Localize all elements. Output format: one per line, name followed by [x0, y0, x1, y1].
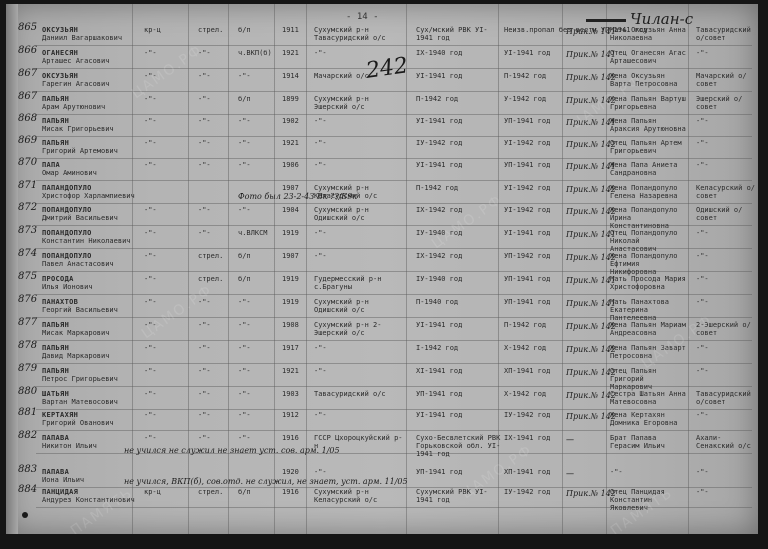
- surname: ПОПАНДОПУЛО: [42, 206, 118, 214]
- order-ref-cell: Прик.№ 142: [566, 74, 616, 82]
- drafted-cell: П-1942 год: [416, 95, 502, 103]
- drafted-cell: П-1942 год: [416, 184, 502, 192]
- person-name: ПАПЬЯНМисак Маркарович: [42, 321, 109, 337]
- surname: ШАТЬЯН: [42, 390, 118, 398]
- next-of-kin-cell: Жена Попандопуло Гелена Назаревна: [610, 184, 690, 200]
- birthplace-cell: Сухумский р-н Эшерский о/с: [314, 95, 406, 111]
- drafted-cell: П-1940 год: [416, 298, 502, 306]
- surname: ПАНАХТОВ: [42, 298, 118, 306]
- rank-cell: -"-: [144, 344, 157, 352]
- rank-cell: кр-ц: [144, 488, 161, 496]
- surname: ОКСУЗЬЯН: [42, 72, 109, 80]
- specialty-cell: стрел.: [198, 26, 223, 34]
- person-name: ПАПЬЯНАрам Арутюнович: [42, 95, 105, 111]
- rank-cell: -"-: [144, 139, 157, 147]
- rank-cell: -"-: [144, 411, 157, 419]
- party-cell: -"-: [238, 321, 251, 329]
- rank-cell: -"-: [144, 229, 157, 237]
- given-names: Арташес Агасович: [42, 57, 109, 65]
- birthplace-cell: Сухумский р-н Одишский о/с: [314, 206, 406, 222]
- table-row: 868ПАПЬЯНМисак Григорьевич-"--"--"-1902-…: [6, 115, 758, 137]
- next-of-kin-cell: Мать Оксузьян Анна Николаевна: [610, 26, 690, 42]
- handwritten-note-row-882: не учился не служил не знает уст. сов. а…: [124, 446, 340, 455]
- birth-year-cell: 1907: [282, 184, 299, 192]
- given-names: Павел Анастасович: [42, 260, 114, 268]
- missing-date-cell: П-1942 год: [504, 72, 546, 80]
- surname: ПОПАНДОПУЛО: [42, 229, 131, 237]
- birth-year-cell: 1903: [282, 390, 299, 398]
- birth-year-cell: 1921: [282, 139, 299, 147]
- rank-cell: -"-: [144, 367, 157, 375]
- table-row: 876ПАНАХТОВГеоргий Васильевич-"--"--"-19…: [6, 296, 758, 318]
- missing-date-cell: УI-1941 год: [504, 49, 550, 57]
- village-council-cell: Одишский о/совет: [696, 206, 756, 222]
- person-name: ПАПАНДОПУЛОХристофор Харлампиевич: [42, 184, 135, 200]
- party-cell: -"-: [238, 206, 251, 214]
- table-row: 869ПАПЬЯНГригорий Артемович-"--"--"-1921…: [6, 137, 758, 159]
- surname: ПАПАНДОПУЛО: [42, 184, 135, 192]
- party-cell: -"-: [238, 434, 251, 442]
- table-row: 871ПАПАНДОПУЛОХристофор Харлампиевич1907…: [6, 182, 758, 204]
- order-ref-cell: Прик.№ 142: [566, 208, 616, 216]
- order-ref-cell: Прик.№ 142: [566, 141, 616, 149]
- given-names: Дмитрий Васильевич: [42, 214, 118, 222]
- party-cell: -"-: [238, 367, 251, 375]
- table-row: 865ОКСУЗЬЯНДаниил Вагаршаковичкр-цстрел.…: [6, 24, 758, 46]
- handwritten-note-row-871: Фото был 23-2-43 Вк ??/Б9к: [238, 192, 357, 201]
- village-council-cell: Тавасуридский о/совет: [696, 26, 756, 42]
- surname: ОКСУЗЬЯН: [42, 26, 122, 34]
- surname: ПАПЬЯН: [42, 344, 109, 352]
- person-name: ОГАНЕСЯНАрташес Агасович: [42, 49, 109, 65]
- birthplace-cell: Сухумский р-н Тавасуридский о/с: [314, 26, 406, 42]
- specialty-cell: -"-: [198, 434, 211, 442]
- strikethrough-mark: [586, 19, 626, 22]
- drafted-cell: УI-1941 год: [416, 321, 502, 329]
- birth-year-cell: 1919: [282, 298, 299, 306]
- birthplace-cell: -"-: [314, 344, 406, 352]
- rank-cell: -"-: [144, 161, 157, 169]
- birth-year-cell: 1912: [282, 411, 299, 419]
- village-council-cell: Тавасуридский о/совет: [696, 390, 756, 406]
- order-ref-cell: Прик.№ 141: [566, 28, 616, 36]
- birthplace-cell: -"-: [314, 468, 406, 476]
- party-cell: -"-: [238, 390, 251, 398]
- party-cell: -"-: [238, 298, 251, 306]
- surname: ПАПЬЯН: [42, 117, 114, 125]
- birthplace-cell: -"-: [314, 229, 406, 237]
- birthplace-cell: -"-: [314, 117, 406, 125]
- birth-year-cell: 1920: [282, 468, 299, 476]
- record-number: 874: [18, 250, 37, 258]
- birth-year-cell: 1904: [282, 206, 299, 214]
- person-name: ПОПАНДОПУЛОДмитрий Васильевич: [42, 206, 118, 222]
- record-number: 871: [18, 182, 37, 190]
- rank-cell: -"-: [144, 434, 157, 442]
- village-council-cell: -"-: [696, 488, 756, 496]
- birthplace-cell: -"-: [314, 49, 406, 57]
- birth-year-cell: 1908: [282, 321, 299, 329]
- rank-cell: -"-: [144, 117, 157, 125]
- drafted-cell: XI-1941 год: [416, 367, 502, 375]
- given-names: Григорий Ованович: [42, 419, 114, 427]
- surname: ОГАНЕСЯН: [42, 49, 109, 57]
- party-cell: б/п: [238, 252, 251, 260]
- specialty-cell: -"-: [198, 321, 211, 329]
- birth-year-cell: 1921: [282, 367, 299, 375]
- drafted-cell: IУ-1942 год: [416, 139, 502, 147]
- missing-date-cell: УI-1942 год: [504, 206, 550, 214]
- specialty-cell: стрел.: [198, 275, 223, 283]
- page-number: - 14 -: [346, 12, 379, 22]
- missing-date-cell: П-1942 год: [504, 321, 546, 329]
- person-name: ПОПАНДОПУЛОКонстантин Николаевич: [42, 229, 131, 245]
- table-row: 870ПАПАОмар Аминович-"--"--"-1906-"-УI-1…: [6, 159, 758, 181]
- missing-date-cell: IX-1941 год: [504, 434, 550, 442]
- table-row: 867ПАПЬЯНАрам Арутюнович-"--"-б/п1899Сух…: [6, 93, 758, 115]
- given-names: Илья Ионович: [42, 283, 93, 291]
- record-number: 876: [18, 296, 37, 304]
- next-of-kin-cell: Отец Оганесян Агас Арташесович: [610, 49, 690, 65]
- surname: ПАПЬЯН: [42, 321, 109, 329]
- party-cell: б/п: [238, 26, 251, 34]
- given-names: Никитон Ильич: [42, 442, 97, 450]
- birth-year-cell: 1914: [282, 72, 299, 80]
- table-row: 881КЕРТАХЯНГригорий Ованович-"--"--"-191…: [6, 409, 758, 431]
- birthplace-cell: -"-: [314, 252, 406, 260]
- order-ref-cell: Прик.№ 142: [566, 490, 616, 498]
- drafted-cell: УI-1941 год: [416, 72, 502, 80]
- drafted-cell: УI-1941 год: [416, 411, 502, 419]
- birth-year-cell: 1906: [282, 161, 299, 169]
- party-cell: -"-: [238, 344, 251, 352]
- order-ref-cell: —: [566, 436, 574, 444]
- village-council-cell: -"-: [696, 252, 756, 260]
- drafted-cell: УI-1941 год: [416, 117, 502, 125]
- person-name: ОКСУЗЬЯНГарегин Агасович: [42, 72, 109, 88]
- birth-year-cell: 1916: [282, 488, 299, 496]
- next-of-kin-cell: Отец Папьян Артем Григорьевич: [610, 139, 690, 155]
- village-council-cell: -"-: [696, 229, 756, 237]
- surname: ПАПЬЯН: [42, 95, 105, 103]
- next-of-kin-cell: -"-: [610, 468, 690, 476]
- order-ref-cell: Прик.№ 142: [566, 413, 616, 421]
- rank-cell: -"-: [144, 298, 157, 306]
- birth-year-cell: 1899: [282, 95, 299, 103]
- order-ref-cell: Прик.№ 142: [566, 392, 616, 400]
- village-council-cell: Мачарский о/совет: [696, 72, 756, 88]
- person-name: ПАПАВАНикитон Ильич: [42, 434, 97, 450]
- party-cell: -"-: [238, 72, 251, 80]
- punch-hole-mark: [22, 512, 28, 518]
- missing-date-cell: УП-1941 год: [504, 275, 550, 283]
- village-council-cell: -"-: [696, 411, 756, 419]
- given-names: Даниил Вагаршакович: [42, 34, 122, 42]
- birthplace-cell: -"-: [314, 161, 406, 169]
- birthplace-cell: Сухумский р-н Одишский о/с: [314, 298, 406, 314]
- birthplace-cell: -"-: [314, 139, 406, 147]
- given-names: Мисак Григорьевич: [42, 125, 114, 133]
- given-names: Христофор Харлампиевич: [42, 192, 135, 200]
- specialty-cell: -"-: [198, 139, 211, 147]
- given-names: Мисак Маркарович: [42, 329, 109, 337]
- missing-date-cell: У-1942 год: [504, 95, 546, 103]
- order-ref-cell: Прик.№ 141: [566, 163, 616, 171]
- surname: ПАПЬЯН: [42, 367, 118, 375]
- village-council-cell: -"-: [696, 344, 756, 352]
- rank-cell: -"-: [144, 275, 157, 283]
- birthplace-cell: Сухумский р-н Келасурский о/с: [314, 488, 406, 504]
- specialty-cell: -"-: [198, 117, 211, 125]
- surname: ПОПАНДОПУЛО: [42, 252, 114, 260]
- birthplace-cell: -"-: [314, 411, 406, 419]
- order-ref-cell: Прик.№ 141: [566, 300, 616, 308]
- rank-cell: -"-: [144, 252, 157, 260]
- order-ref-cell: Прик.№ 141: [566, 51, 616, 59]
- specialty-cell: -"-: [198, 367, 211, 375]
- table-row: 874ПОПАНДОПУЛОПавел Анастасович-"-стрел.…: [6, 250, 758, 272]
- record-number: 870: [18, 159, 37, 167]
- given-names: Георгий Васильевич: [42, 306, 118, 314]
- missing-date-cell: УI-1942 год: [504, 139, 550, 147]
- record-number: 884: [18, 486, 37, 494]
- specialty-cell: стрел.: [198, 252, 223, 260]
- record-number: 877: [18, 319, 37, 327]
- rank-cell: кр-ц: [144, 26, 161, 34]
- birth-year-cell: 1907: [282, 252, 299, 260]
- village-council-cell: -"-: [696, 298, 756, 306]
- next-of-kin-cell: Жена Папа Аниета Сандрановна: [610, 161, 690, 177]
- birthplace-cell: Тавасуридский о/с: [314, 390, 406, 398]
- missing-date-cell: УП-1941 год: [504, 161, 550, 169]
- person-name: ПАПАОмар Аминович: [42, 161, 97, 177]
- person-name: ПАПАВАИона Ильич: [42, 468, 84, 484]
- order-ref-cell: Прик.№ 142: [566, 369, 616, 377]
- specialty-cell: -"-: [198, 229, 211, 237]
- birth-year-cell: 1911: [282, 26, 299, 34]
- record-number: 881: [18, 409, 37, 417]
- record-number: 882: [18, 432, 37, 440]
- specialty-cell: стрел.: [198, 488, 223, 496]
- table-row: 867ОКСУЗЬЯНГарегин Агасович-"--"--"-1914…: [6, 70, 758, 92]
- village-council-cell: -"-: [696, 49, 756, 57]
- missing-date-cell: УI-1942 год: [504, 184, 550, 192]
- given-names: Иона Ильич: [42, 476, 84, 484]
- party-cell: -"-: [238, 117, 251, 125]
- birth-year-cell: 1916: [282, 434, 299, 442]
- given-names: Вартан Матевосович: [42, 398, 118, 406]
- order-ref-cell: Прик.№ 142: [566, 186, 616, 194]
- drafted-cell: УП-1941 год: [416, 390, 502, 398]
- order-ref-cell: Прик.№ 141: [566, 277, 616, 285]
- drafted-cell: Сух/мский РВК УI-1941 год: [416, 26, 502, 42]
- birthplace-cell: -"-: [314, 367, 406, 375]
- record-number: 868: [18, 115, 37, 123]
- next-of-kin-cell: Сестра Шатьян Анна Матевосовна: [610, 390, 690, 406]
- given-names: Давид Маркарович: [42, 352, 109, 360]
- person-name: ШАТЬЯНВартан Матевосович: [42, 390, 118, 406]
- record-number: 872: [18, 204, 37, 212]
- birthplace-cell: Мачарский о/с: [314, 72, 406, 80]
- specialty-cell: -"-: [198, 161, 211, 169]
- missing-date-cell: Х-1942 год: [504, 344, 546, 352]
- record-number: 865: [18, 24, 37, 32]
- record-number: 875: [18, 273, 37, 281]
- village-council-cell: -"-: [696, 275, 756, 283]
- village-council-cell: -"-: [696, 367, 756, 375]
- given-names: Омар Аминович: [42, 169, 97, 177]
- specialty-cell: -"-: [198, 390, 211, 398]
- surname: ПАПА: [42, 161, 97, 169]
- surname: КЕРТАХЯН: [42, 411, 114, 419]
- surname: ПАПАВА: [42, 468, 84, 476]
- rank-cell: -"-: [144, 49, 157, 57]
- party-cell: б/п: [238, 275, 251, 283]
- village-council-cell: -"-: [696, 139, 756, 147]
- next-of-kin-cell: Брат Папава Герасим Ильич: [610, 434, 690, 450]
- person-name: ПАПЬЯНПетрос Григорьевич: [42, 367, 118, 383]
- party-cell: -"-: [238, 411, 251, 419]
- missing-date-cell: ХП-1941 год: [504, 367, 550, 375]
- village-council-cell: Эшерский о/совет: [696, 95, 756, 111]
- birth-year-cell: 1917: [282, 344, 299, 352]
- handwritten-note-row-883: не учился, ВКП(б), сов.отд. не служил, н…: [124, 477, 408, 486]
- missing-date-cell: УП-1941 год: [504, 298, 550, 306]
- record-number: 869: [18, 137, 37, 145]
- order-ref-cell: Прик.№ 141: [566, 231, 616, 239]
- next-of-kin-cell: Жена Кертахян Домника Егоровна: [610, 411, 690, 427]
- missing-date-cell: УП-1942 год: [504, 252, 550, 260]
- specialty-cell: -"-: [198, 206, 211, 214]
- record-number: 878: [18, 342, 37, 350]
- birth-year-cell: 1921: [282, 49, 299, 57]
- document-sheet: - 14 - Чилан-с 242 865ОКСУЗЬЯНДаниил Ваг…: [6, 4, 758, 534]
- table-row: 877ПАПЬЯНМисак Маркарович-"--"--"-1908Су…: [6, 319, 758, 341]
- order-ref-cell: Прик.№ 142: [566, 254, 616, 262]
- person-name: ПАНАХТОВГеоргий Васильевич: [42, 298, 118, 314]
- missing-date-cell: Х-1942 год: [504, 390, 546, 398]
- birthplace-cell: Гудермесский р-н с.Брагуны: [314, 275, 406, 291]
- record-number: 873: [18, 227, 37, 235]
- table-row: 880ШАТЬЯНВартан Матевосович-"--"--"-1903…: [6, 388, 758, 410]
- given-names: Петрос Григорьевич: [42, 375, 118, 383]
- drafted-cell: IX-1940 год: [416, 49, 502, 57]
- next-of-kin-cell: Мать Просода Мария Христофоровна: [610, 275, 690, 291]
- record-number: 867: [18, 70, 37, 78]
- order-ref-cell: Прик.№ 142: [566, 323, 616, 331]
- person-name: ПАПЬЯНГригорий Артемович: [42, 139, 118, 155]
- village-council-cell: -"-: [696, 468, 756, 476]
- party-cell: ч.ВЛКСМ: [238, 229, 268, 237]
- surname: ПАПАВА: [42, 434, 97, 442]
- party-cell: б/п: [238, 95, 251, 103]
- surname: ПРОСОДА: [42, 275, 93, 283]
- party-cell: ч.ВКП(б): [238, 49, 272, 57]
- party-cell: -"-: [238, 139, 251, 147]
- village-council-cell: -"-: [696, 117, 756, 125]
- record-number: 883: [18, 466, 37, 474]
- record-number: 866: [18, 47, 37, 55]
- birthplace-cell: Сухумский р-н 2-Эшерский о/с: [314, 321, 406, 337]
- person-name: ПАПЬЯНДавид Маркарович: [42, 344, 109, 360]
- birth-year-cell: 1919: [282, 275, 299, 283]
- specialty-cell: -"-: [198, 344, 211, 352]
- village-council-cell: Келасурский о/совет: [696, 184, 756, 200]
- person-name: КЕРТАХЯНГригорий Ованович: [42, 411, 114, 427]
- specialty-cell: -"-: [198, 95, 211, 103]
- birth-year-cell: 1902: [282, 117, 299, 125]
- missing-date-cell: IУ-1942 год: [504, 488, 550, 496]
- table-row: 866ОГАНЕСЯНАрташес Агасович-"--"-ч.ВКП(б…: [6, 47, 758, 69]
- missing-date-cell: УП-1941 год: [504, 117, 550, 125]
- surname: ПАПЬЯН: [42, 139, 118, 147]
- specialty-cell: -"-: [198, 72, 211, 80]
- missing-date-cell: IУ-1942 год: [504, 411, 550, 419]
- birth-year-cell: 1919: [282, 229, 299, 237]
- drafted-cell: УI-1941 год: [416, 161, 502, 169]
- village-council-cell: -"-: [696, 161, 756, 169]
- party-cell: б/п: [238, 488, 251, 496]
- given-names: Гарегин Агасович: [42, 80, 109, 88]
- given-names: Григорий Артемович: [42, 147, 118, 155]
- drafted-cell: Сухо-Бесвлетский РВК Горьковской обл. УI…: [416, 434, 502, 458]
- scan-frame: - 14 - Чилан-с 242 865ОКСУЗЬЯНДаниил Ваг…: [0, 0, 768, 549]
- order-ref-cell: Прик.№ 142: [566, 346, 616, 354]
- party-cell: -"-: [238, 161, 251, 169]
- person-name: ПРОСОДАИлья Ионович: [42, 275, 93, 291]
- missing-date-cell: УI-1941 год: [504, 229, 550, 237]
- table-row: 875ПРОСОДАИлья Ионович-"-стрел.б/п1919Гу…: [6, 273, 758, 295]
- person-name: ОКСУЗЬЯНДаниил Вагаршакович: [42, 26, 122, 42]
- given-names: Арам Арутюнович: [42, 103, 105, 111]
- table-row: 882ПАПАВАНикитон Ильич-"--"--"-1916ГССР …: [6, 432, 758, 454]
- drafted-cell: I-1942 год: [416, 344, 502, 352]
- record-number: 880: [18, 388, 37, 396]
- specialty-cell: -"-: [198, 411, 211, 419]
- person-name: ПАПЬЯНМисак Григорьевич: [42, 117, 114, 133]
- order-ref-cell: —: [566, 470, 574, 478]
- record-number: 879: [18, 365, 37, 373]
- next-of-kin-cell: Жена Папьян Араксия Арутюновна: [610, 117, 690, 133]
- rank-cell: -"-: [144, 390, 157, 398]
- record-number: 867: [18, 93, 37, 101]
- table-row: 872ПОПАНДОПУЛОДмитрий Васильевич-"--"--"…: [6, 204, 758, 226]
- table-row: 873ПОПАНДОПУЛОКонстантин Николаевич-"--"…: [6, 227, 758, 249]
- given-names: Константин Николаевич: [42, 237, 131, 245]
- village-council-cell: Ахали-Сенакский о/с: [696, 434, 756, 450]
- rank-cell: -"-: [144, 206, 157, 214]
- person-name: ПОПАНДОПУЛОПавел Анастасович: [42, 252, 114, 268]
- drafted-cell: IУ-1940 год: [416, 275, 502, 283]
- drafted-cell: IX-1942 год: [416, 252, 502, 260]
